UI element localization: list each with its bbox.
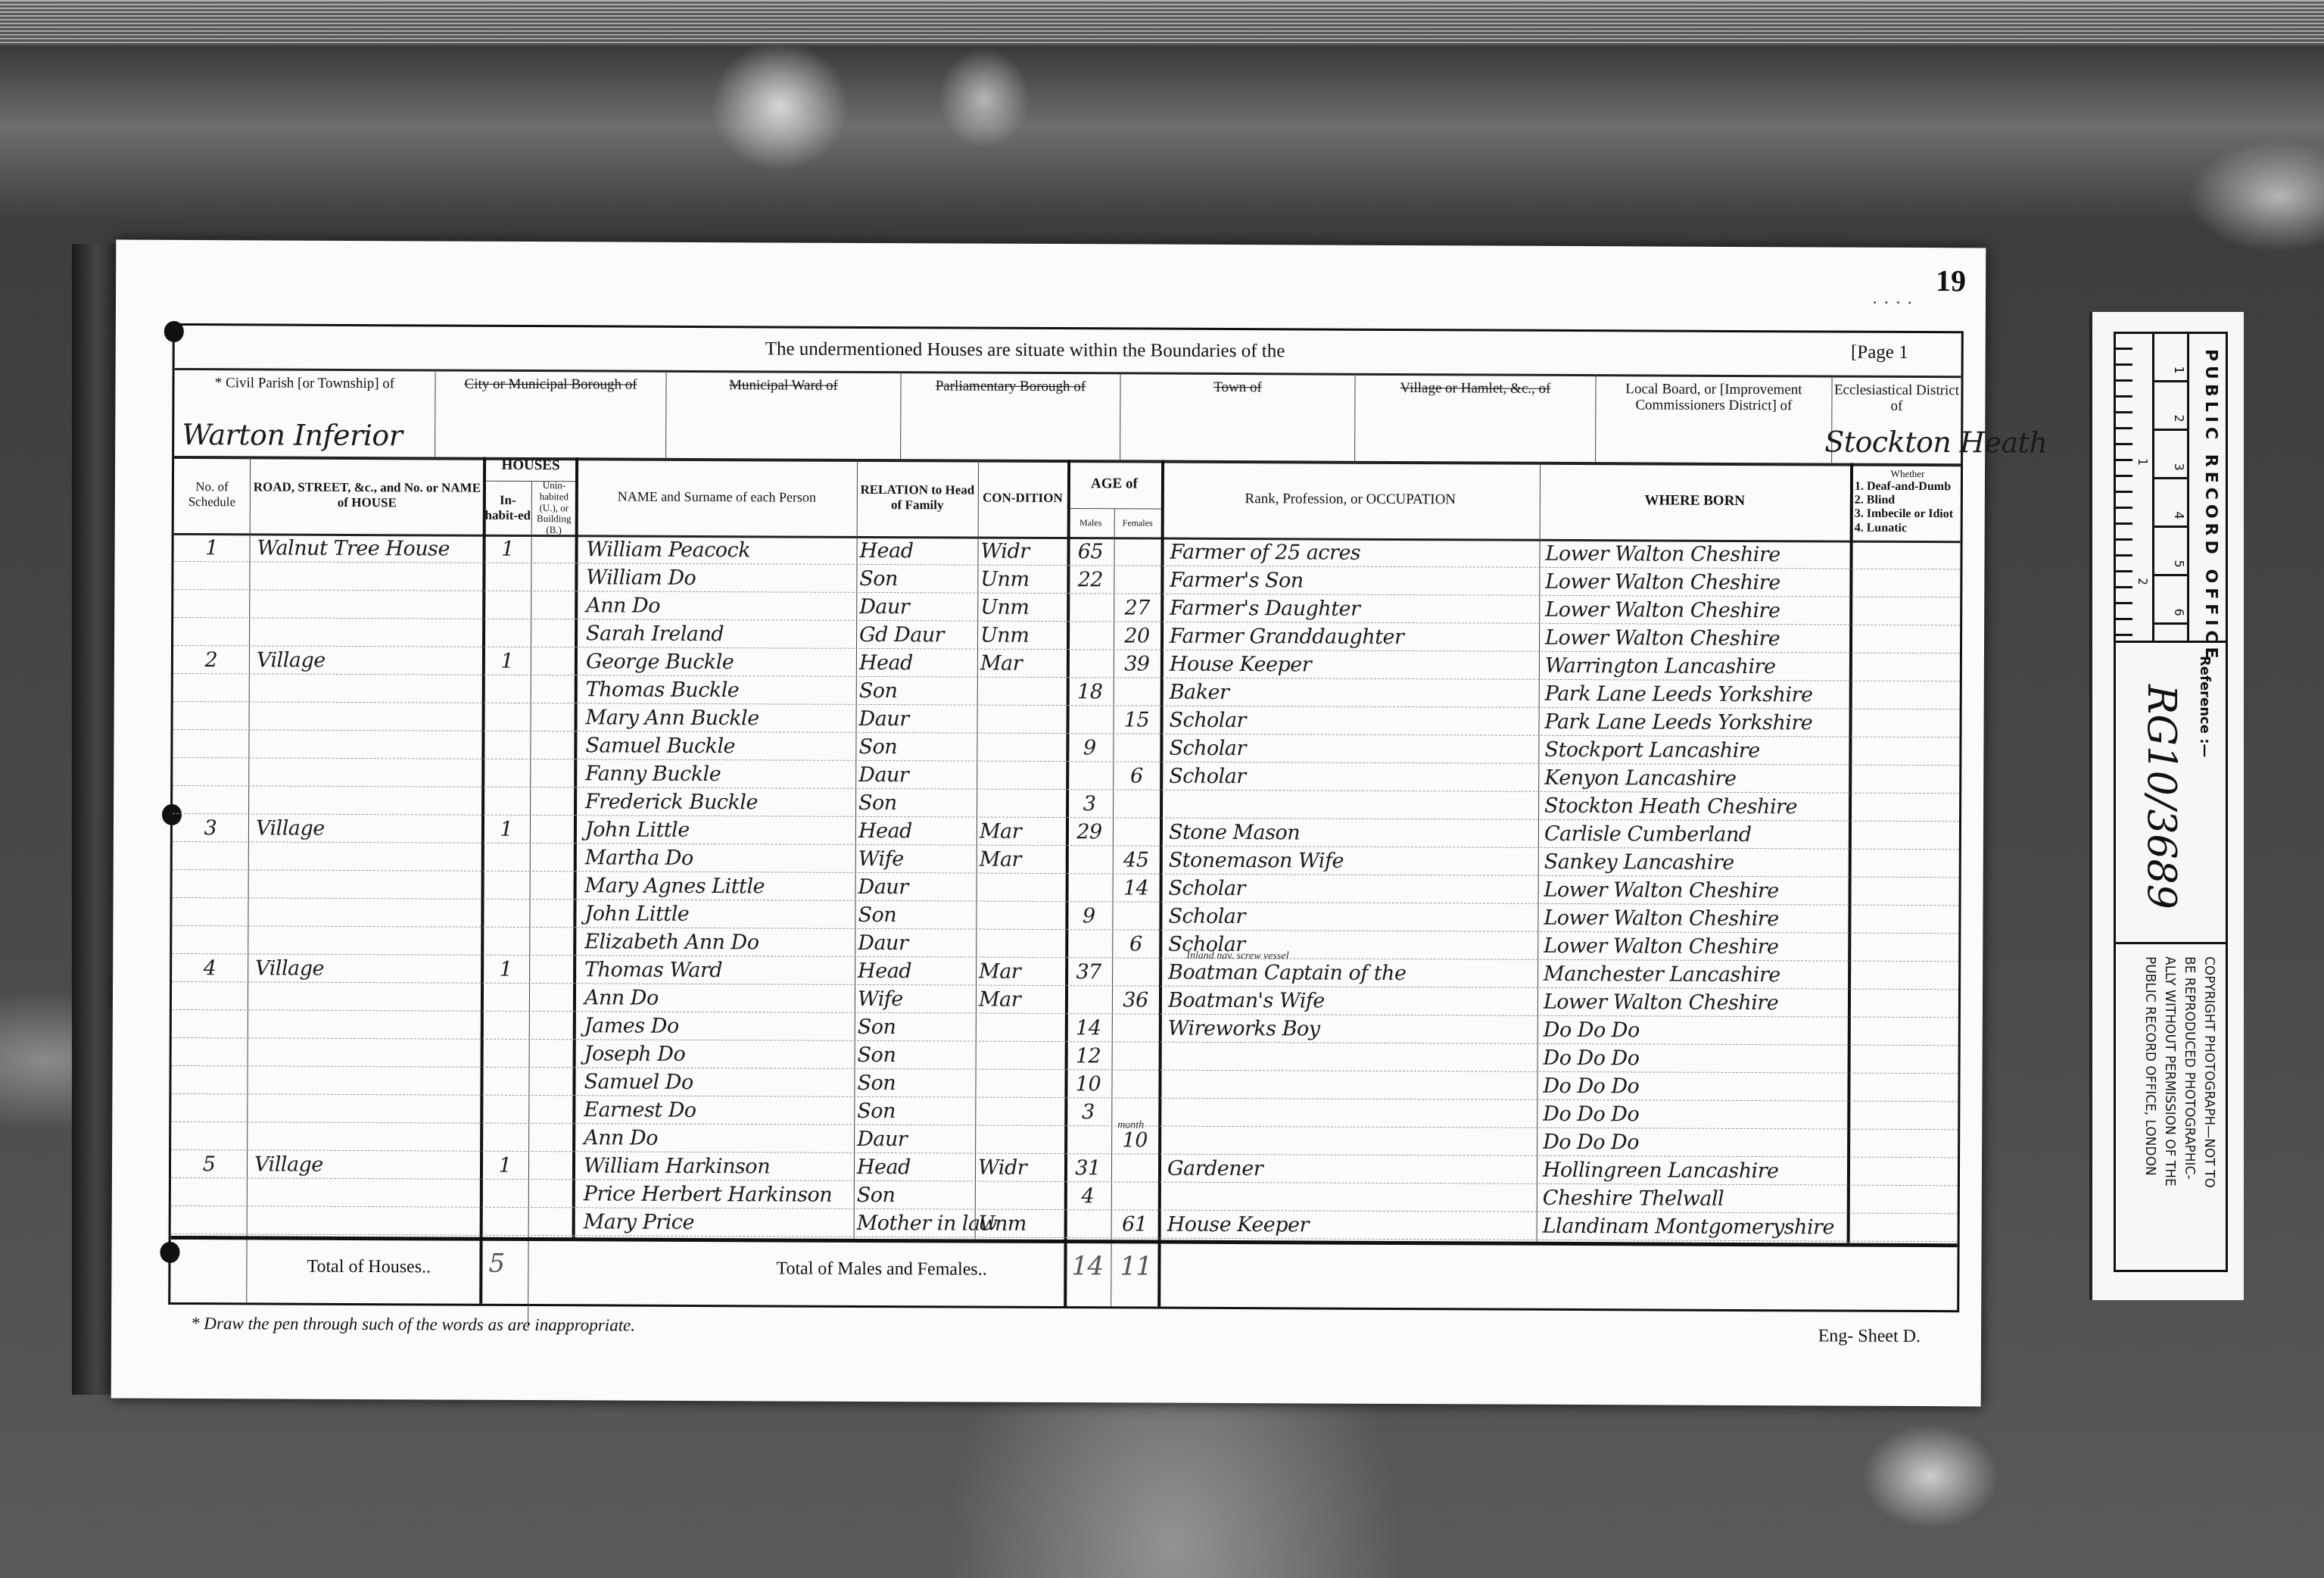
schedule-cell: 2	[173, 645, 249, 673]
area-parliamentary-borough: Parliamentary Borough of	[901, 371, 1121, 460]
where-born-cell: Lower Walton Cheshire	[1544, 875, 1847, 905]
road-cell	[254, 1205, 481, 1234]
condition-cell: Mar	[979, 985, 1065, 1013]
col-males: Males	[1067, 508, 1114, 537]
inhabited-cell	[481, 1179, 528, 1207]
female-age-cell	[1113, 817, 1160, 845]
schedule-cell	[172, 925, 248, 953]
totals-row: Total of Houses.. 5 Total of Males and F…	[170, 1236, 1957, 1314]
road-cell	[255, 1037, 482, 1066]
name-cell: Ann Do	[584, 983, 857, 1012]
relation-cell: Daur	[858, 760, 977, 789]
female-age-cell	[1112, 1041, 1159, 1069]
occupation-cell: House Keeper	[1170, 650, 1539, 679]
female-age-cell	[1111, 1069, 1158, 1097]
reference-box: Reference :— RG10/3689	[2114, 639, 2228, 944]
name-cell: Samuel Buckle	[585, 731, 858, 760]
where-born-cell: Manchester Lancashire	[1544, 959, 1846, 989]
folio-dots: ····	[1872, 293, 1918, 313]
female-age-cell	[1112, 957, 1159, 985]
male-age-cell: 9	[1066, 733, 1113, 761]
inhabited-cell	[481, 1095, 528, 1123]
occupation-cell: Gardener	[1167, 1154, 1537, 1183]
female-age-cell: 15	[1114, 705, 1160, 733]
name-cell: Sarah Ireland	[586, 619, 858, 648]
occupation-cell: Wireworks Boy	[1168, 1014, 1537, 1043]
inhabited-cell	[482, 983, 529, 1011]
female-age-cell: 14	[1113, 873, 1160, 901]
col-road: ROAD, STREET, &c., and No. or NAME of HO…	[250, 456, 484, 534]
where-born-cell: Carlisle Cumberland	[1544, 819, 1847, 849]
name-cell: Price Herbert Harkinson	[584, 1179, 856, 1208]
male-age-cell	[1067, 705, 1114, 733]
where-born-cell: Kenyon Lancashire	[1544, 763, 1847, 793]
condition-cell	[979, 1013, 1065, 1041]
male-age-cell	[1066, 761, 1113, 789]
female-age-cell: 6	[1112, 929, 1159, 957]
schedule-cell	[171, 1065, 247, 1093]
schedule-cell	[173, 757, 248, 785]
relation-cell: Mother in law	[857, 1208, 975, 1237]
road-cell	[256, 841, 483, 870]
male-age-cell: 29	[1066, 817, 1113, 845]
public-record-office-card: 1 2 3 4 5 6 1 2 PUBLIC RECORD OFFICE Ref…	[2089, 312, 2244, 1300]
inhabited-cell	[482, 927, 529, 955]
occupation-cell: Boatman's Wife	[1168, 986, 1537, 1015]
condition-cell: Unm	[980, 565, 1067, 593]
schedule-cell	[173, 701, 249, 729]
condition-cell: Unm	[980, 621, 1067, 649]
male-age-cell	[1067, 621, 1114, 649]
male-age-cell	[1066, 845, 1113, 873]
col-females: Females	[1114, 508, 1161, 537]
inhabited-cell	[482, 1011, 529, 1039]
page-label: [Page 1	[1851, 342, 1908, 363]
male-age-cell	[1064, 1209, 1111, 1237]
name-cell: Joseph Do	[584, 1039, 857, 1068]
total-persons-label: Total of Males and Females..	[776, 1258, 986, 1280]
where-born-cell: Stockton Heath Cheshire	[1544, 791, 1847, 821]
condition-cell	[978, 1181, 1064, 1209]
road-cell	[255, 897, 482, 926]
inhabited-cell	[482, 899, 529, 927]
inhabited-cell	[484, 675, 531, 703]
name-cell: John Little	[584, 899, 857, 928]
total-females-value: 11	[1120, 1251, 1151, 1281]
relation-cell: Son	[858, 1040, 976, 1069]
schedule-cell	[173, 617, 249, 645]
road-cell: Village	[255, 953, 482, 982]
male-age-cell	[1066, 873, 1113, 901]
relation-cell: Son	[857, 1068, 975, 1097]
relation-cell: Son	[857, 1096, 975, 1125]
male-age-cell: 18	[1067, 677, 1114, 705]
relation-cell: Daur	[857, 1124, 975, 1153]
total-males-value: 14	[1071, 1251, 1103, 1281]
where-born-cell: Do Do Do	[1544, 1015, 1846, 1045]
inhabited-cell	[481, 1067, 528, 1095]
occupation-cell	[1167, 1070, 1537, 1099]
where-born-cell: Do Do Do	[1543, 1099, 1846, 1129]
footnote: * Draw the pen through such of the words…	[191, 1314, 635, 1336]
schedule-cell	[173, 869, 248, 897]
inhabited-cell	[483, 787, 530, 815]
col-infirmity: Whether 1. Deaf-and-Dumb 2. Blind 3. Imb…	[1850, 463, 1961, 541]
condition-cell	[978, 1069, 1064, 1097]
schedule-cell	[172, 1037, 248, 1065]
occupation-cell	[1167, 1182, 1537, 1212]
relation-cell: Head	[859, 536, 977, 565]
where-born-cell: Park Lane Leeds Yorkshire	[1545, 707, 1848, 737]
col-condition: CON-DITION	[978, 460, 1067, 538]
where-born-cell: Cheshire Thelwall	[1543, 1183, 1846, 1213]
female-age-cell	[1114, 537, 1160, 565]
inhabited-cell	[484, 703, 531, 731]
area-municipal-ward: Municipal Ward of	[666, 370, 902, 459]
name-cell: Mary Ann Buckle	[586, 703, 858, 732]
road-cell	[257, 701, 484, 730]
relation-cell: Daur	[858, 928, 976, 957]
schedule-cell	[173, 589, 249, 617]
name-cell: Thomas Ward	[584, 955, 857, 984]
occupation-cell: Stone Mason	[1169, 818, 1538, 847]
total-houses-label: Total of Houses..	[307, 1257, 431, 1278]
schedule-cell	[171, 1177, 247, 1205]
schedule-cell	[171, 1205, 247, 1233]
condition-cell: Widr	[978, 1153, 1064, 1181]
occupation-cell: Scholar	[1169, 734, 1538, 763]
sheet-label: Eng- Sheet D.	[1818, 1326, 1921, 1347]
name-cell: William Do	[586, 563, 858, 592]
road-cell: Village	[256, 813, 483, 842]
copyright-notice: COPYRIGHT PHOTOGRAPH—NOT TO BE REPRODUCE…	[2114, 942, 2228, 1272]
male-age-cell	[1064, 1125, 1111, 1153]
relation-cell: Son	[858, 900, 976, 929]
condition-cell: Unm	[980, 593, 1067, 621]
road-cell	[256, 869, 483, 898]
condition-cell: Mar	[980, 817, 1066, 845]
inhabited-cell	[481, 1123, 528, 1151]
inhabited-cell	[483, 871, 530, 899]
road-cell	[254, 1177, 481, 1206]
road-cell	[254, 1121, 481, 1150]
male-age-cell: 10	[1064, 1069, 1111, 1097]
where-born-cell: Lower Walton Cheshire	[1545, 539, 1848, 569]
boundaries-title: The undermentioned Houses are situate wi…	[765, 338, 1285, 362]
where-born-cell: Lower Walton Cheshire	[1545, 595, 1848, 625]
condition-cell	[980, 705, 1067, 733]
condition-cell	[980, 733, 1066, 761]
name-cell: Frederick Buckle	[585, 787, 858, 816]
col-age: AGE of	[1067, 460, 1161, 509]
road-cell	[254, 1065, 481, 1094]
occupation-cell	[1167, 1098, 1537, 1127]
where-born-cell: Llandinam Montgomeryshire	[1543, 1212, 1846, 1241]
relation-cell: Son	[859, 676, 977, 705]
age-unit-note: month	[1117, 1119, 1144, 1131]
female-age-cell: 45	[1113, 845, 1160, 873]
road-cell	[257, 673, 484, 702]
schedule-cell: 4	[172, 953, 248, 981]
where-born-cell: Do Do Do	[1544, 1043, 1846, 1073]
ruler-cm-cells: 1 2 3 4 5 6	[2152, 334, 2189, 641]
scale-ruler: 1 2 3 4 5 6 1 2 PUBLIC RECORD OFFICE	[2114, 332, 2228, 643]
male-age-cell	[1065, 985, 1112, 1013]
where-born-cell: Lower Walton Cheshire	[1544, 987, 1846, 1017]
census-entries: 1Walnut Tree House1William PeacockHeadWi…	[171, 533, 1961, 1243]
name-cell: William Harkinson	[584, 1151, 856, 1180]
occupation-cell	[1169, 790, 1538, 819]
relation-cell: Son	[859, 564, 977, 593]
where-born-cell: Lower Walton Cheshire	[1545, 567, 1848, 597]
occupation-cell: House Keeper	[1167, 1210, 1537, 1240]
relation-cell: Wife	[858, 984, 976, 1013]
inhabited-cell	[484, 619, 531, 647]
male-age-cell: 65	[1067, 537, 1114, 565]
road-cell	[255, 981, 482, 1010]
occupation-cell: Scholar	[1169, 874, 1538, 903]
col-occupation: Rank, Profession, or OCCUPATION	[1161, 460, 1540, 539]
inhabited-cell	[483, 759, 530, 787]
condition-cell	[980, 873, 1066, 901]
area-village: Village or Hamlet, &c., of	[1355, 373, 1597, 462]
area-ecclesiastical-district: Ecclesiastical District of Stockton Heat…	[1832, 376, 1961, 464]
name-cell: Earnest Do	[584, 1095, 856, 1124]
where-born-cell: Do Do Do	[1543, 1071, 1846, 1101]
condition-cell: Widr	[980, 537, 1067, 565]
census-form: The undermentioned Houses are situate wi…	[168, 323, 1964, 1312]
name-cell: Samuel Do	[584, 1067, 856, 1096]
schedule-cell: 5	[171, 1149, 247, 1177]
occupation-cell: Farmer's Son	[1170, 566, 1539, 595]
schedule-cell	[172, 981, 248, 1009]
female-age-cell	[1111, 1181, 1158, 1209]
male-age-cell: 31	[1064, 1153, 1111, 1181]
inhabited-cell	[483, 731, 530, 759]
road-cell	[255, 1009, 482, 1038]
road-cell	[257, 617, 484, 646]
female-age-cell	[1112, 1013, 1159, 1041]
inhabited-cell: 1	[482, 955, 529, 983]
relation-cell: Head	[859, 648, 977, 677]
col-houses: HOUSES	[484, 457, 577, 482]
relation-cell: Head	[858, 816, 977, 845]
female-age-cell: 6	[1113, 761, 1160, 789]
occupation-cell: Scholar	[1168, 902, 1537, 931]
area-civil-parish: * Civil Parish [or Township] of Warton I…	[174, 368, 436, 457]
inhabited-cell	[483, 843, 530, 871]
occupation-cell	[1167, 1126, 1537, 1155]
name-cell: Ann Do	[586, 591, 858, 620]
area-town: Town of	[1120, 372, 1356, 460]
where-born-cell: Sankey Lancashire	[1544, 847, 1847, 877]
male-age-cell: 37	[1065, 957, 1112, 985]
female-age-cell: 61	[1111, 1209, 1158, 1237]
col-inhabited: In-habit-ed	[484, 482, 531, 535]
female-age-cell	[1114, 677, 1160, 705]
name-cell: Martha Do	[585, 843, 858, 872]
inhabited-cell	[484, 591, 531, 619]
male-age-cell: 14	[1065, 1013, 1112, 1041]
scan-edge-noise	[0, 0, 2324, 45]
male-age-cell: 22	[1067, 565, 1114, 593]
relation-cell: Daur	[859, 592, 977, 621]
occupation-cell: Scholar	[1169, 762, 1538, 791]
occupation-cell	[1168, 1042, 1537, 1071]
female-age-cell: 36	[1112, 985, 1159, 1013]
female-age-cell: 39	[1114, 649, 1160, 677]
occupation-note: Inland nav. screw vessel	[1186, 950, 1288, 963]
male-age-cell: 9	[1065, 901, 1112, 929]
relation-cell: Head	[858, 956, 976, 985]
relation-cell: Daur	[858, 872, 977, 901]
name-cell: John Little	[585, 815, 858, 844]
male-age-cell: 3	[1066, 789, 1113, 817]
road-cell: Village	[254, 1149, 481, 1178]
area-header: * Civil Parish [or Township] of Warton I…	[174, 368, 1961, 466]
road-cell	[257, 589, 484, 618]
inhabited-cell: 1	[483, 815, 530, 843]
schedule-cell	[172, 1009, 248, 1037]
inhabited-cell: 1	[484, 647, 531, 675]
relation-cell: Son	[858, 788, 977, 817]
relation-cell: Wife	[858, 844, 977, 873]
condition-cell	[980, 761, 1066, 789]
col-schedule: No. of Schedule	[174, 456, 250, 533]
occupation-cell: Baker	[1170, 678, 1539, 707]
relation-cell: Son	[858, 1012, 976, 1041]
name-cell: Fanny Buckle	[585, 759, 858, 788]
condition-cell	[979, 1041, 1065, 1069]
road-cell	[255, 925, 482, 954]
female-age-cell	[1111, 1153, 1158, 1181]
road-cell	[256, 757, 483, 786]
occupation-cell: Farmer's Daughter	[1170, 594, 1539, 623]
inhabited-cell: 1	[484, 535, 531, 563]
female-age-cell: 20	[1114, 621, 1160, 649]
schedule-cell	[173, 673, 249, 701]
male-age-cell	[1067, 649, 1114, 677]
occupation-cell: Farmer of 25 acres	[1170, 538, 1539, 567]
where-born-cell: Lower Walton Cheshire	[1545, 623, 1848, 653]
female-age-cell	[1113, 733, 1160, 761]
area-municipal-borough: City or Municipal Borough of	[435, 369, 667, 457]
occupation-cell: Scholar	[1170, 706, 1539, 735]
name-cell: Ann Do	[584, 1123, 856, 1152]
male-age-cell: 3	[1064, 1097, 1111, 1125]
schedule-cell: 1	[173, 533, 249, 561]
female-age-cell	[1113, 789, 1160, 817]
civil-parish-value: Warton Inferior	[182, 418, 402, 452]
schedule-cell	[171, 1121, 247, 1149]
relation-cell: Daur	[859, 704, 977, 733]
road-cell: Walnut Tree House	[257, 533, 484, 562]
condition-cell	[979, 901, 1065, 929]
condition-cell	[978, 1097, 1064, 1125]
ecclesiastical-district-value: Stockton Heath	[1824, 425, 2047, 459]
road-cell	[254, 1093, 481, 1122]
occupation-cell: Farmer Granddaughter	[1170, 622, 1539, 651]
inhabited-cell	[481, 1207, 528, 1235]
where-born-cell: Warrington Lancashire	[1545, 651, 1848, 681]
schedule-cell	[172, 897, 248, 925]
male-age-cell: 4	[1064, 1181, 1111, 1209]
relation-cell: Son	[857, 1180, 975, 1209]
relation-cell: Gd Daur	[859, 620, 977, 649]
where-born-cell: Hollingreen Lancashire	[1543, 1155, 1846, 1185]
schedule-cell	[173, 841, 248, 869]
ruler-ticks	[2116, 334, 2154, 641]
condition-cell: Mar	[980, 845, 1066, 873]
female-age-cell: 27	[1114, 593, 1160, 621]
condition-cell	[979, 929, 1065, 957]
occupation-cell: Stonemason Wife	[1169, 846, 1538, 875]
condition-cell: Mar	[979, 957, 1065, 985]
female-age-cell	[1114, 565, 1160, 593]
name-cell: Mary Agnes Little	[585, 871, 858, 900]
schedule-cell	[171, 1093, 247, 1121]
relation-cell: Head	[857, 1152, 975, 1181]
name-cell: George Buckle	[586, 647, 858, 676]
name-cell: James Do	[584, 1011, 857, 1040]
col-name: NAME and Surname of each Person	[577, 457, 857, 536]
where-born-cell: Lower Walton Cheshire	[1544, 903, 1846, 933]
where-born-cell: Stockport Lancashire	[1544, 735, 1847, 765]
col-where-born: WHERE BORN	[1540, 462, 1850, 541]
name-cell: William Peacock	[586, 535, 858, 564]
inhabited-cell	[484, 563, 531, 591]
inhabited-cell	[482, 1039, 529, 1067]
condition-cell	[980, 789, 1066, 817]
total-houses-value: 5	[488, 1249, 504, 1279]
folio-number: 19	[1936, 263, 1966, 298]
reference-value: RG10/3689	[2139, 685, 2184, 909]
male-age-cell: 12	[1065, 1041, 1112, 1069]
where-born-cell: Park Lane Leeds Yorkshire	[1545, 679, 1848, 709]
name-cell: Elizabeth Ann Do	[584, 927, 857, 956]
male-age-cell	[1065, 929, 1112, 957]
name-cell: Mary Price	[584, 1207, 856, 1237]
schedule-cell: 3	[173, 813, 248, 841]
condition-cell: Mar	[980, 649, 1067, 677]
pro-header: PUBLIC RECORD OFFICE	[2201, 349, 2220, 663]
reference-label: Reference :—	[2197, 656, 2213, 757]
schedule-cell	[173, 729, 248, 757]
road-cell: Village	[257, 645, 484, 674]
condition-cell	[978, 1125, 1064, 1153]
condition-cell: Unm	[978, 1209, 1064, 1237]
schedule-cell	[173, 561, 249, 589]
road-cell	[257, 561, 484, 590]
condition-cell	[980, 677, 1067, 705]
relation-cell: Son	[858, 732, 977, 761]
road-cell	[256, 785, 483, 814]
census-page: 19 ···· The undermentioned Houses are si…	[111, 240, 1986, 1407]
female-age-cell	[1112, 901, 1159, 929]
inhabited-cell: 1	[481, 1151, 528, 1179]
col-uninhabited: Unin-habited (U.), or Building (B.)	[531, 482, 577, 535]
male-age-cell	[1067, 593, 1114, 621]
where-born-cell: Do Do Do	[1543, 1127, 1846, 1157]
schedule-cell	[173, 785, 248, 813]
where-born-cell: Lower Walton Cheshire	[1544, 931, 1846, 961]
col-relation: RELATION to Head of Family	[857, 459, 978, 537]
road-cell	[256, 729, 483, 758]
name-cell: Thomas Buckle	[586, 675, 858, 704]
area-local-board: Local Board, or [Improvement Commissione…	[1596, 374, 1833, 463]
